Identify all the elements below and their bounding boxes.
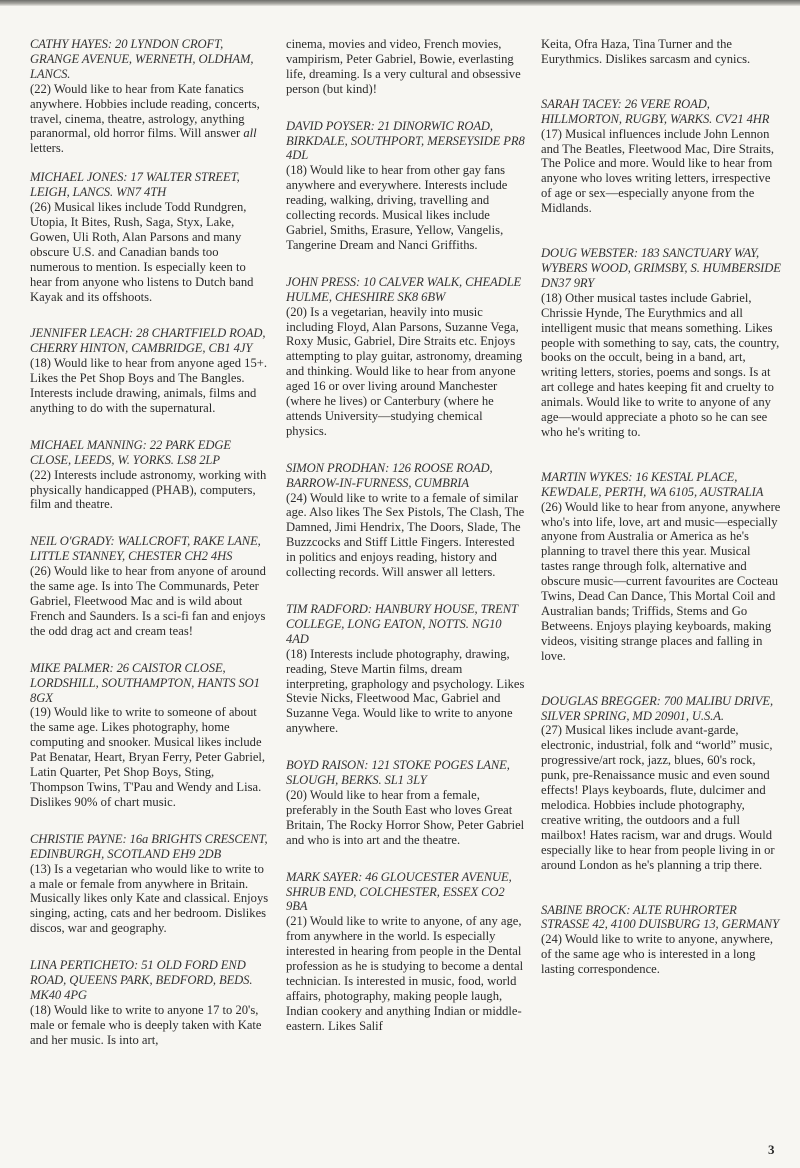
- listing-text: (19) Would like to write to someone of a…: [30, 705, 270, 809]
- listing-address: MARK SAYER: 46 GLOUCESTER AVENUE, SHRUB …: [286, 870, 526, 915]
- listing-text: (24) Would like to write to a female of …: [286, 491, 526, 580]
- listing-entry: MICHAEL MANNING: 22 PARK EDGE CLOSE, LEE…: [30, 438, 270, 513]
- listing-address: JOHN PRESS: 10 CALVER WALK, CHEADLE HULM…: [286, 275, 526, 305]
- listing-entry: DAVID POYSER: 21 DINORWIC ROAD, BIRKDALE…: [286, 119, 526, 253]
- listing-address: BOYD RAISON: 121 STOKE POGES LANE, SLOUG…: [286, 758, 526, 788]
- listing-address: DAVID POYSER: 21 DINORWIC ROAD, BIRKDALE…: [286, 119, 526, 164]
- listing-text: (18) Other musical tastes include Gabrie…: [541, 291, 781, 440]
- listing-address: DOUGLAS BREGGER: 700 MALIBU DRIVE, SILVE…: [541, 694, 781, 724]
- listing-continuation: Keita, Ofra Haza, Tina Turner and the Eu…: [541, 37, 781, 67]
- listing-entry: MARTIN WYKES: 16 KESTAL PLACE, KEWDALE, …: [541, 470, 781, 664]
- listing-text: (17) Musical influences include John Len…: [541, 127, 781, 216]
- listing-address: SABINE BROCK: ALTE RUHRORTER STRASSE 42,…: [541, 903, 781, 933]
- listing-text: (18) Would like to hear from other gay f…: [286, 163, 526, 252]
- listing-text: (20) Is a vegetarian, heavily into music…: [286, 305, 526, 439]
- listing-address: DOUG WEBSTER: 183 SANCTUARY WAY, WYBERS …: [541, 246, 781, 291]
- listing-entry: LINA PERTICHETO: 51 OLD FORD END ROAD, Q…: [30, 958, 270, 1047]
- listing-entry: DOUG WEBSTER: 183 SANCTUARY WAY, WYBERS …: [541, 246, 781, 440]
- listing-address: MICHAEL JONES: 17 WALTER STREET, LEIGH, …: [30, 170, 270, 200]
- listing-text: (18) Would like to hear from anyone aged…: [30, 356, 270, 416]
- listing-text: (27) Musical likes include avant-garde, …: [541, 723, 781, 872]
- listing-entry: DOUGLAS BREGGER: 700 MALIBU DRIVE, SILVE…: [541, 694, 781, 873]
- listing-text: (26) Would like to hear from anyone, any…: [541, 500, 781, 664]
- listing-address: MIKE PALMER: 26 CAISTOR CLOSE, LORDSHILL…: [30, 661, 270, 706]
- listing-entry: JOHN PRESS: 10 CALVER WALK, CHEADLE HULM…: [286, 275, 526, 439]
- listing-entry: JENNIFER LEACH: 28 CHARTFIELD ROAD, CHER…: [30, 326, 270, 415]
- listing-text: (18) Would like to write to anyone 17 to…: [30, 1003, 270, 1048]
- page-number: 3: [768, 1142, 775, 1158]
- listing-text-part: (22) Would like to hear from Kate fanati…: [30, 82, 260, 141]
- column-1: CATHY HAYES: 20 LYNDON CROFT, GRANGE AVE…: [30, 37, 270, 1062]
- listing-address: CATHY HAYES: 20 LYNDON CROFT, GRANGE AVE…: [30, 37, 270, 82]
- listing-entry: NEIL O'GRADY: WALLCROFT, RAKE LANE, LITT…: [30, 534, 270, 638]
- listing-entry: MARK SAYER: 46 GLOUCESTER AVENUE, SHRUB …: [286, 870, 526, 1034]
- listing-address: MARTIN WYKES: 16 KESTAL PLACE, KEWDALE, …: [541, 470, 781, 500]
- listing-address: SARAH TACEY: 26 VERE ROAD, HILLMORTON, R…: [541, 97, 781, 127]
- listing-text: (22) Interests include astronomy, workin…: [30, 468, 270, 513]
- listing-text: (21) Would like to write to anyone, of a…: [286, 914, 526, 1033]
- listing-address: NEIL O'GRADY: WALLCROFT, RAKE LANE, LITT…: [30, 534, 270, 564]
- listing-entry: BOYD RAISON: 121 STOKE POGES LANE, SLOUG…: [286, 758, 526, 847]
- listing-address: JENNIFER LEACH: 28 CHARTFIELD ROAD, CHER…: [30, 326, 270, 356]
- listing-text: (20) Would like to hear from a female, p…: [286, 788, 526, 848]
- listing-text: (26) Musical likes include Todd Rundgren…: [30, 200, 270, 304]
- listing-text: (13) Is a vegetarian who would like to w…: [30, 862, 270, 937]
- listing-address: LINA PERTICHETO: 51 OLD FORD END ROAD, Q…: [30, 958, 270, 1003]
- listing-entry: CATHY HAYES: 20 LYNDON CROFT, GRANGE AVE…: [30, 37, 270, 156]
- column-2: cinema, movies and video, French movies,…: [286, 37, 526, 1048]
- listing-address: SIMON PRODHAN: 126 ROOSE ROAD, BARROW-IN…: [286, 461, 526, 491]
- listing-entry: MICHAEL JONES: 17 WALTER STREET, LEIGH, …: [30, 170, 270, 304]
- listing-entry: SIMON PRODHAN: 126 ROOSE ROAD, BARROW-IN…: [286, 461, 526, 580]
- listing-entry: TIM RADFORD: HANBURY HOUSE, TRENT COLLEG…: [286, 602, 526, 736]
- listing-text-part: letters.: [30, 141, 64, 155]
- listing-entry: MIKE PALMER: 26 CAISTOR CLOSE, LORDSHILL…: [30, 661, 270, 810]
- listing-text: (24) Would like to write to anyone, anyw…: [541, 932, 781, 977]
- listing-entry: SARAH TACEY: 26 VERE ROAD, HILLMORTON, R…: [541, 97, 781, 216]
- page-top-edge-shadow: [0, 0, 800, 6]
- listing-address: MICHAEL MANNING: 22 PARK EDGE CLOSE, LEE…: [30, 438, 270, 468]
- listing-address: TIM RADFORD: HANBURY HOUSE, TRENT COLLEG…: [286, 602, 526, 647]
- listing-entry: SABINE BROCK: ALTE RUHRORTER STRASSE 42,…: [541, 903, 781, 978]
- listing-text: (22) Would like to hear from Kate fanati…: [30, 82, 270, 157]
- listing-continuation: cinema, movies and video, French movies,…: [286, 37, 526, 97]
- listing-text: (26) Would like to hear from anyone of a…: [30, 564, 270, 639]
- listing-address: CHRISTIE PAYNE: 16a BRIGHTS CRESCENT, ED…: [30, 832, 270, 862]
- listing-text: (18) Interests include photography, draw…: [286, 647, 526, 736]
- column-3: Keita, Ofra Haza, Tina Turner and the Eu…: [541, 37, 781, 991]
- listing-entry: CHRISTIE PAYNE: 16a BRIGHTS CRESCENT, ED…: [30, 832, 270, 936]
- listing-text-emphasis: all: [243, 126, 256, 140]
